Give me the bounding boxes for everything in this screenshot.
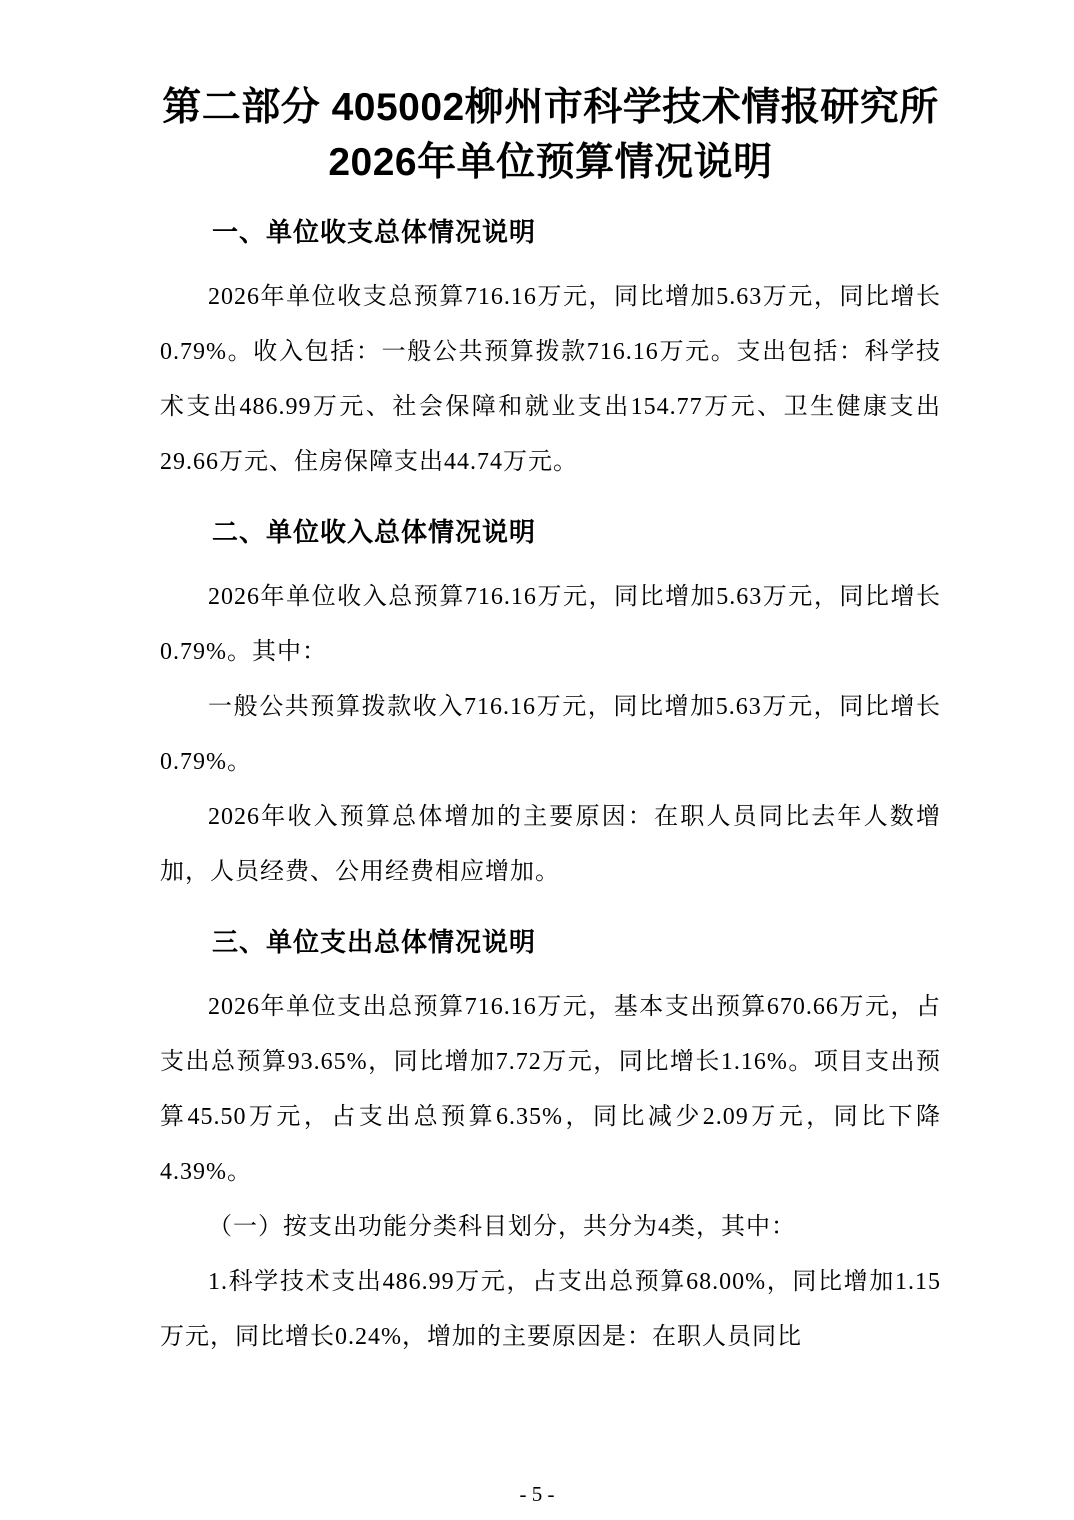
section-heading-expenditure: 三、单位支出总体情况说明 [212, 922, 941, 962]
body-paragraph: 1.科学技术支出486.99万元，占支出总预算68.00%，同比增加1.15万元… [160, 1255, 941, 1365]
body-paragraph: 2026年单位收支总预算716.16万元，同比增加5.63万元，同比增长0.79… [160, 270, 941, 490]
section-heading-overall-budget: 一、单位收支总体情况说明 [212, 212, 941, 252]
page-number: - 5 - [0, 1482, 1074, 1506]
body-paragraph: 一般公共预算拨款收入716.16万元，同比增加5.63万元，同比增长0.79%。 [160, 680, 941, 790]
document-page: 第二部分 405002柳州市科学技术情报研究所2026年单位预算情况说明 一、单… [0, 0, 1074, 1520]
body-paragraph: （一）按支出功能分类科目划分，共分为4类，其中： [160, 1200, 941, 1255]
document-content: 第二部分 405002柳州市科学技术情报研究所2026年单位预算情况说明 一、单… [0, 0, 1074, 1365]
body-paragraph: 2026年单位支出总预算716.16万元，基本支出预算670.66万元，占支出总… [160, 980, 941, 1200]
body-paragraph: 2026年收入预算总体增加的主要原因：在职人员同比去年人数增加，人员经费、公用经… [160, 790, 941, 900]
section-heading-income: 二、单位收入总体情况说明 [212, 512, 941, 552]
page-title: 第二部分 405002柳州市科学技术情报研究所2026年单位预算情况说明 [160, 80, 941, 190]
body-paragraph: 2026年单位收入总预算716.16万元，同比增加5.63万元，同比增长0.79… [160, 570, 941, 680]
